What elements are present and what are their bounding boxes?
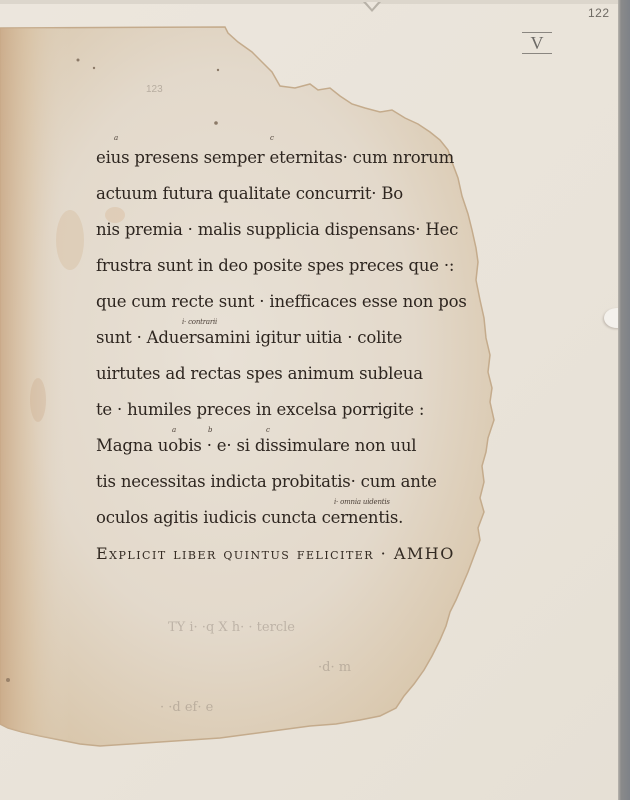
explicit-line: Explicit liber quintus feliciter · AMHO — [96, 536, 476, 572]
right-edge-bar — [618, 0, 630, 800]
text-line-10: tis necessitas indicta probitatis· cum a… — [96, 464, 476, 500]
faint-offset-text: · ·d ef· e — [160, 700, 213, 715]
text-line-1: a c eius presens semper eternitas· cum n… — [96, 140, 476, 176]
line-text: nis premia · malis supplicia dispensans·… — [96, 220, 458, 239]
text-line-4: frustra sunt in deo posite spes preces q… — [96, 248, 476, 284]
interlinear-gloss: i· contrarii — [182, 318, 217, 326]
faint-offset-text: ·d· m — [318, 660, 351, 675]
line-text: que cum recte sunt · inefficaces esse no… — [96, 292, 467, 311]
line-text: Explicit liber quintus feliciter · AMHO — [96, 544, 455, 563]
line-text: uirtutes ad rectas spes animum subleua — [96, 364, 423, 383]
superscript-a: a — [114, 134, 118, 142]
line-text: te · humiles preces in excelsa porrigite… — [96, 400, 424, 419]
line-text: Magna uobis · e· si dissimulare non uul — [96, 436, 416, 455]
faint-shelf-mark: 123 — [146, 84, 163, 95]
text-line-5: que cum recte sunt · inefficaces esse no… — [96, 284, 476, 320]
text-line-8: te · humiles preces in excelsa porrigite… — [96, 392, 476, 428]
line-text: eius presens semper eternitas· cum nroru… — [96, 148, 454, 167]
interlinear-gloss: i· omnia uidentis — [334, 498, 390, 506]
text-line-9: a b c Magna uobis · e· si dissimulare no… — [96, 428, 476, 464]
text-line-6: i· contrarii sunt · Aduersamini igitur u… — [96, 320, 476, 356]
superscript-b: b — [208, 426, 212, 434]
text-line-3: nis premia · malis supplicia dispensans·… — [96, 212, 476, 248]
manuscript-viewer: 122 V 123 a — [0, 0, 630, 800]
text-line-11: i· omnia uidentis oculos agitis iudicis … — [96, 500, 476, 536]
manuscript-text: a c eius presens semper eternitas· cum n… — [96, 140, 476, 572]
line-text: frustra sunt in deo posite spes preces q… — [96, 256, 454, 275]
text-line-7: uirtutes ad rectas spes animum subleua — [96, 356, 476, 392]
line-text: oculos agitis iudicis cuncta cernentis. — [96, 508, 403, 527]
superscript-c: c — [266, 426, 270, 434]
superscript-a: a — [172, 426, 176, 434]
faint-offset-text: TY i· ·q X h· · tercle — [168, 620, 295, 635]
text-line-2: actuum futura qualitate concurrit· Bo — [96, 176, 476, 212]
line-text: actuum futura qualitate concurrit· Bo — [96, 184, 403, 203]
superscript-c: c — [270, 134, 274, 142]
line-text: tis necessitas indicta probitatis· cum a… — [96, 472, 437, 491]
line-text: sunt · Aduersamini igitur uitia · colite — [96, 328, 402, 347]
